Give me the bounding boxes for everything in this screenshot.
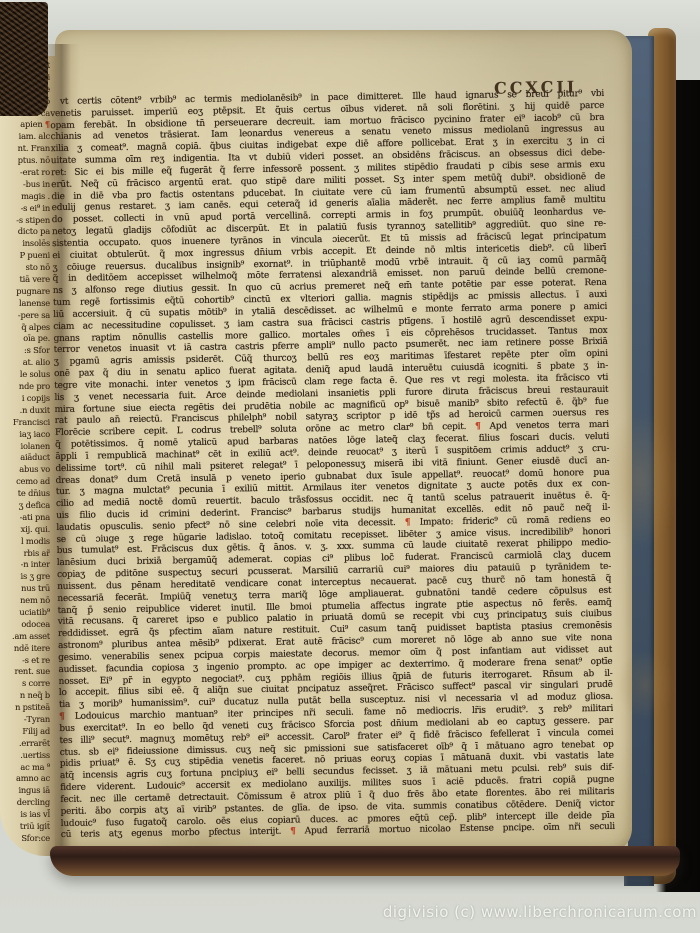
bottom-cover-edge — [50, 846, 680, 876]
facing-page-text-fragments: udebat.capita ciimitteremlta p̄-nēsem ca… — [0, 60, 50, 845]
margin-fragment: n neq̃ b — [0, 690, 50, 702]
facing-page-sliver: udebat.capita ciimitteremlta p̄-nēsem ca… — [0, 56, 58, 856]
margin-fragment: aiāduct — [0, 452, 50, 464]
watermark-text: digivisio (c) www.liberchronicarum.com — [383, 903, 697, 921]
margin-fragment: Sfor:ce — [0, 833, 50, 845]
margin-fragment: s corre — [0, 678, 50, 690]
margin-fragment: s et re- — [0, 655, 50, 667]
margin-fragment: uciatib⁹ — [0, 607, 50, 619]
margin-fragment: le solus — [0, 369, 50, 381]
margin-fragment: ¶ apien — [0, 119, 50, 131]
margin-fragment: triū igit̃ — [0, 821, 50, 833]
margin-fragment: erat ro- — [0, 167, 50, 179]
margin-fragment: nus trū — [0, 583, 50, 595]
margin-fragment: dicto pa — [0, 226, 50, 238]
margin-fragment: s stipen- — [0, 215, 50, 227]
margin-fragment: lanense — [0, 298, 50, 310]
margin-fragment: am asset. — [0, 631, 50, 643]
margin-fragment: insolēs — [0, 238, 50, 250]
margin-fragment: pugnare — [0, 286, 50, 298]
margin-fragment: ndē itere — [0, 643, 50, 655]
margin-fragment: pere sa- — [0, 310, 50, 322]
margin-fragment: s ei⁹ in- — [0, 203, 50, 215]
margin-fragment: iolanen — [0, 441, 50, 453]
margin-fragment: .oīa pe — [0, 333, 50, 345]
margin-fragment: is ʒ gre — [0, 571, 50, 583]
margin-fragment: n inter- — [0, 559, 50, 571]
rubric-pilcrow: ¶ — [290, 827, 296, 837]
margin-fragment: q̃ alpes — [0, 322, 50, 334]
latin-text-block: vt certis cōtent⁹ vrbib⁹ ac termis medio… — [50, 89, 615, 842]
margin-fragment: .xij. qui — [0, 524, 50, 536]
margin-fragment: nem nō — [0, 595, 50, 607]
margin-fragment: abus vo — [0, 464, 50, 476]
margin-fragment: l modis — [0, 536, 50, 548]
margin-fragment: is ias vl̃ — [0, 809, 50, 821]
rubric-pilcrow: ¶ — [475, 422, 481, 432]
margin-fragment: nt. Fran — [0, 143, 50, 155]
margin-fragment: at. alio — [0, 357, 50, 369]
margin-fragment: dercling — [0, 797, 50, 809]
margin-fragment: Francisci — [0, 417, 50, 429]
margin-fragment: s Sfor: — [0, 345, 50, 357]
margin-fragment: rbis ar̃ — [0, 548, 50, 560]
recto-page: CCXCII vt certis cōtent⁹ vrbib⁹ ac termi… — [55, 30, 632, 854]
margin-fragment: Filij ad — [0, 726, 50, 738]
margin-fragment: odocea — [0, 619, 50, 631]
margin-fragment: i copijs — [0, 393, 50, 405]
margin-fragment: bus in- — [0, 179, 50, 191]
margin-fragment: ati pna- — [0, 512, 50, 524]
margin-fragment: errarēt. — [0, 738, 50, 750]
margin-fragment: Tyran- — [0, 714, 50, 726]
cover-corner-texture — [0, 2, 48, 116]
margin-fragment: cemo ad — [0, 476, 50, 488]
margin-fragment: iam. alc — [0, 131, 50, 143]
margin-fragment: amno ac — [0, 773, 50, 785]
margin-fragment: . magis — [0, 191, 50, 203]
margin-fragment: ingus iā — [0, 785, 50, 797]
margin-fragment: P pueni — [0, 250, 50, 262]
margin-fragment: nde pro — [0, 381, 50, 393]
margin-fragment: n pstiteā — [0, 702, 50, 714]
rubric-pilcrow: ¶ — [59, 712, 65, 722]
rubric-pilcrow: ¶ — [45, 119, 50, 129]
margin-fragment: rent. sue — [0, 666, 50, 678]
margin-fragment: ⁹ ac ma — [0, 762, 50, 774]
margin-fragment: ptus. nō — [0, 155, 50, 167]
margin-fragment: n duxit. — [0, 405, 50, 417]
rubric-pilcrow: ¶ — [405, 518, 411, 528]
margin-fragment: ʒ defica — [0, 500, 50, 512]
book-photograph: udebat.capita ciimitteremlta p̄-nēsem ca… — [0, 0, 700, 933]
margin-fragment: iaʒ iaco — [0, 429, 50, 441]
margin-fragment: uertiss. — [0, 750, 50, 762]
margin-fragment: sto nō — [0, 262, 50, 274]
margin-fragment: tiā vere — [0, 274, 50, 286]
margin-fragment: te dn̄ius — [0, 488, 50, 500]
